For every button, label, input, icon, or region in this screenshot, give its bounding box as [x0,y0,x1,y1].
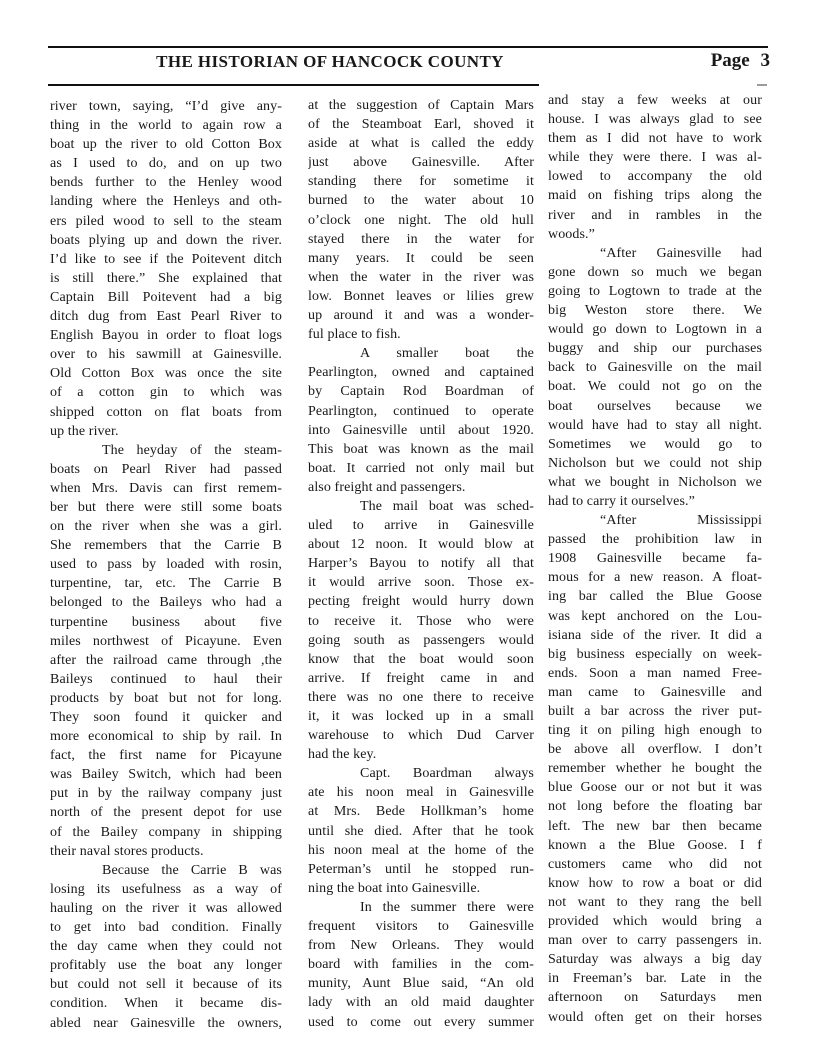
text-line: pecting freight would hurry down [308,592,534,611]
text-line: Captain Bill Poitevent had a big [50,288,282,307]
text-line: was kept anchored on the Lou- [548,607,762,626]
text-line: of the Bailey company in shipping [50,823,282,842]
text-line: customers came who did not [548,855,762,874]
text-line: into Gainesville until about 1920. [308,421,534,440]
text-line: boat up the river to old Cotton Box [50,135,282,154]
text-line: would often get on their horses [548,1008,762,1027]
text-line: by Captain Rod Boardman of [308,382,534,401]
paragraph: In the summer there werefrequent visitor… [308,898,534,1032]
text-line: boat. It carried not only mail but [308,459,534,478]
paragraph: The heyday of the steam-boats on Pearl R… [50,441,282,861]
text-line: had the key. [308,745,534,764]
text-line: when Mrs. Davis can first remem- [50,479,282,498]
text-line: lowed to accompany the old [548,167,762,186]
text-line: arrive. If freight came in and [308,669,534,688]
text-line: They soon found it quicker and [50,708,282,727]
page-number: Page 3 [620,50,770,72]
paragraph: A smaller boat thePearlington, owned and… [308,344,534,497]
paragraph: Capt. Boardman alwaysate his noon meal i… [308,764,534,898]
text-line: but could not sell it because of its [50,975,282,994]
text-line: This boat was known as the mail [308,440,534,459]
text-line: north of the present depot for use [50,803,282,822]
text-line: thing in the world to again row a [50,116,282,135]
text-line: until she died. After that he took [308,822,534,841]
text-line: while they were there. I was al- [548,148,762,167]
text-line: also freight and passengers. [308,478,534,497]
text-line: She remembers that the Carrie B [50,536,282,555]
text-line: more economical to ship by rail. In [50,727,282,746]
text-line: burned to the water about 10 [308,191,534,210]
text-line: was Bailey Switch, which had been [50,765,282,784]
text-line: Capt. Boardman always [308,764,534,783]
text-line: had to carry it ourselves.” [548,492,762,511]
text-line: ing bar called the Blue Goose [548,587,762,606]
paragraph: and stay a few weeks at ourhouse. I was … [548,91,762,244]
text-line: lady with an old maid daughter [308,993,534,1012]
text-line: as I used to do, and on up two [50,154,282,173]
text-line: them as I did not have to work [548,129,762,148]
text-line: many years. It could be seen [308,249,534,268]
text-line: Pearlington, owned and captained [308,363,534,382]
text-line: know that the boat would soon [308,650,534,669]
paragraph: Because the Carrie B waslosing its usefu… [50,861,282,1033]
text-line: in Freeman’s bar. Late in the [548,969,762,988]
text-line: board with families in the com- [308,955,534,974]
text-line: man over to carry passengers in. [548,931,762,950]
text-line: Old Cotton Box was once the site [50,364,282,383]
text-column-left: river town, saying, “I’d give any-thing … [50,97,282,1033]
text-line: Sometimes we would go to [548,435,762,454]
text-line: ends. Soon a man named Free- [548,664,762,683]
text-line: not want to they rang the bell [548,893,762,912]
text-line: low. Bonnet leaves or lilies grew [308,287,534,306]
text-line: fact, the first name for Picayune [50,746,282,765]
text-line: maid on fishing trips along the [548,186,762,205]
text-line: is still there.” She explained that [50,269,282,288]
text-line: and stay a few weeks at our [548,91,762,110]
text-line: frequent visitors to Gainesville [308,917,534,936]
text-line: English Bayou in order to float logs [50,326,282,345]
text-line: uled to arrive in Gainesville [308,516,534,535]
text-line: of a cotton gin to which was [50,383,282,402]
text-line: blue Goose our or not but it was [548,778,762,797]
text-line: buggy and ship our purchases [548,339,762,358]
text-line: built a bar across the river put- [548,702,762,721]
text-line: it, it was locked up in a small [308,707,534,726]
text-line: Baileys continued to haul their [50,670,282,689]
text-line: his noon meal at the home of the [308,841,534,860]
text-line: aside at what is called the eddy [308,134,534,153]
text-line: o’clock one night. The old hull [308,211,534,230]
text-line: Nicholson but we could not ship [548,454,762,473]
text-line: it would arrive soon. Those ex- [308,573,534,592]
text-line: would go down to Logtown in a [548,320,762,339]
scanned-newsletter-page: { "header": { "title": "THE HISTORIAN OF… [0,0,816,1056]
text-line: Pearlington, continued to operate [308,402,534,421]
text-line: 1908 Gainesville became fa- [548,549,762,568]
text-line: remember whether he bought the [548,759,762,778]
text-line: boat. We could not go on the [548,377,762,396]
text-line: boats plying up and down the river. [50,231,282,250]
text-line: about 12 noon. It would blow at [308,535,534,554]
text-line: ers piled wood to sell to the steam [50,212,282,231]
text-line: The mail boat was sched- [308,497,534,516]
text-line: big Weston store there. We [548,301,762,320]
text-line: ful place to fish. [308,325,534,344]
text-line: ber but there were still some boats [50,498,282,517]
text-line: Because the Carrie B was [50,861,282,880]
text-line: used to come out every summer [308,1013,534,1032]
text-line: up around it and was a wonder- [308,306,534,325]
text-line: profitably use the boat any longer [50,956,282,975]
text-line: up the river. [50,422,282,441]
text-line: at the suggestion of Captain Mars [308,96,534,115]
text-line: “After Mississippi [548,511,762,530]
text-line: what we bought in Nicholson we [548,473,762,492]
text-line: going south as passengers would [308,631,534,650]
text-line: left. The new bar then became [548,817,762,836]
text-line: put in by the railway company just [50,784,282,803]
text-line: condition. When it became dis- [50,994,282,1013]
text-line: over to his sawmill at Gainesville. [50,345,282,364]
text-line: know how to row a boat or did [548,874,762,893]
text-line: landing where the Henleys and oth- [50,192,282,211]
text-line: mous for a new reason. A float- [548,568,762,587]
text-line: just above Gainesville. After [308,153,534,172]
text-line: big business especially on week- [548,645,762,664]
header-rule-bottom [48,84,539,86]
text-line: passed the prohibition law in [548,530,762,549]
text-line: shipped cotton on flat boats from [50,403,282,422]
text-line: boat ourselves because we [548,397,762,416]
text-line: hauling on the river it was allowed [50,899,282,918]
text-line: on the river when she was a girl. [50,517,282,536]
text-line: at Mrs. Bede Hollkman’s home [308,802,534,821]
text-line: ditch dug from East Pearl River to [50,307,282,326]
paragraph: The mail boat was sched-uled to arrive i… [308,497,534,764]
paragraph: “After Mississippipassed the prohibition… [548,511,762,1027]
text-line: products by boat but not for long. [50,689,282,708]
text-line: turpentine, tar, etc. The Carrie B [50,574,282,593]
text-line: the day came when they could not [50,937,282,956]
text-line: standing there for sometime it [308,172,534,191]
text-line: woods.” [548,225,762,244]
text-line: “After Gainesville had [548,244,762,263]
text-line: known a the Blue Goose. I f [548,836,762,855]
text-line: to receive it. Those who were [308,612,534,631]
text-line: man came to Gainesville and [548,683,762,702]
text-line: isiana side of the river. It did a [548,626,762,645]
scan-artifact [757,84,767,86]
text-line: stayed there in the water for [308,230,534,249]
text-line: ate his noon meal in Gainesville [308,783,534,802]
text-line: abled near Gainesville the owners, [50,1014,282,1033]
text-column-middle: at the suggestion of Captain Marsof the … [308,96,534,1032]
text-line: miles northwest of Picayune. Even [50,632,282,651]
text-line: Saturday was always a big day [548,950,762,969]
text-column-right: and stay a few weeks at ourhouse. I was … [548,91,762,1027]
text-line: ning the boat into Gainesville. [308,879,534,898]
text-line: bends further to the Henley wood [50,173,282,192]
text-line: Peterman’s until he stopped run- [308,860,534,879]
paragraph: river town, saying, “I’d give any-thing … [50,97,282,441]
text-line: of the Steamboat Earl, shoved it [308,115,534,134]
text-line: provided which would bring a [548,912,762,931]
text-line: gone down so much we began [548,263,762,282]
page-title: THE HISTORIAN OF HANCOCK COUNTY [80,52,580,72]
text-line: would have had to stay all night. [548,416,762,435]
text-line: their naval stores products. [50,842,282,861]
header-rule-top [48,46,768,48]
text-line: back to Gainesville on the mail [548,358,762,377]
text-line: when the water in the river was [308,268,534,287]
text-line: afternoon on Saturdays men [548,988,762,1007]
text-line: ting it on piling high enough to [548,721,762,740]
text-line: A smaller boat the [308,344,534,363]
text-line: be above all overflow. I don’t [548,740,762,759]
text-line: turpentine business about five [50,613,282,632]
text-line: I’d like to see if the Poitevent ditch [50,250,282,269]
text-line: after the railroad came through ,the [50,651,282,670]
text-line: river town, saying, “I’d give any- [50,97,282,116]
text-line: from New Orleans. They would [308,936,534,955]
paragraph: “After Gainesville hadgone down so much … [548,244,762,511]
text-line: boats on Pearl River had passed [50,460,282,479]
text-line: munity, Aunt Blue said, “An old [308,974,534,993]
text-line: Harper’s Bayou to notify all that [308,554,534,573]
text-line: to get into bad condition. Finally [50,918,282,937]
paragraph: at the suggestion of Captain Marsof the … [308,96,534,344]
text-line: The heyday of the steam- [50,441,282,460]
text-line: there was no one there to receive [308,688,534,707]
text-line: losing its usefulness as a way of [50,880,282,899]
text-line: warehouse to which Dud Carver [308,726,534,745]
text-line: not long before the floating bar [548,797,762,816]
text-line: used to pass by loaded with rosin, [50,555,282,574]
text-line: belonged to the Baileys who had a [50,593,282,612]
text-line: river and in rambles in the [548,206,762,225]
text-line: going to Logtown to trade at the [548,282,762,301]
text-line: In the summer there were [308,898,534,917]
text-line: house. I was always glad to see [548,110,762,129]
